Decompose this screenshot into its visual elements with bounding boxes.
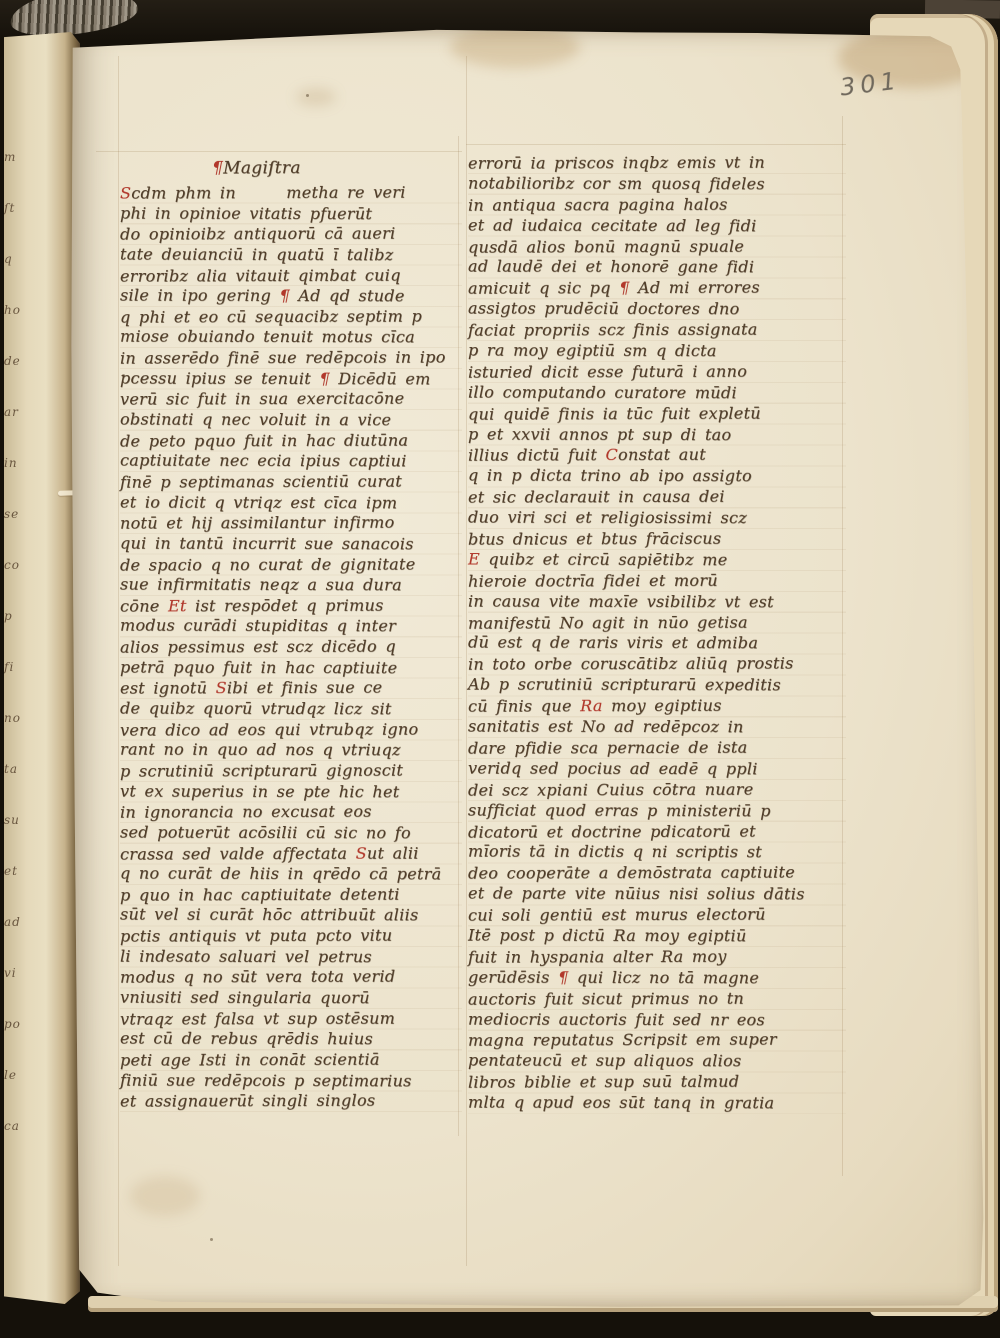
manuscript-line: auctoris fuit sicut primus no tn <box>468 988 846 1010</box>
manuscript-line: sue infirmitatis neqz a sua dura <box>120 575 462 597</box>
manuscript-line: illo computando curatore mūdi <box>468 382 846 404</box>
rubric-mark: E <box>468 549 480 568</box>
edge-text-fragment: fi <box>4 660 38 711</box>
manuscript-line: dū est q de raris viris et admiba <box>468 633 846 655</box>
manuscript-line: et io dicit q vtriqz est cīca ipm <box>120 492 462 514</box>
manuscript-line: libros biblie et sup suū talmud <box>468 1072 846 1094</box>
rubric-mark: S <box>216 679 227 698</box>
manuscript-line: ad laudē dei et honorē gane fidi <box>468 257 846 279</box>
manuscript-line: sanitatis est No ad redēpcoz in <box>468 717 846 739</box>
manuscript-line: est ignotū Sibi et finis sue ce <box>120 678 462 700</box>
manuscript-line: crassa sed valde affectata Sut alii <box>120 843 462 865</box>
manuscript-line: alios pessimus est scz dicēdo q <box>120 636 462 658</box>
manuscript-line: finiū sue redēpcois p septimarius <box>120 1070 462 1092</box>
manuscript-line: vera dico ad eos qui vtrubqz igno <box>120 719 462 741</box>
manuscript-line: isturied dicit esse futurā i anno <box>468 361 846 383</box>
edge-text-fragment: ſt <box>4 201 38 252</box>
manuscript-line: hieroie doctrīa fidei et morū <box>468 570 846 592</box>
manuscript-line: mediocris auctoris fuit sed nr eos <box>468 1009 846 1031</box>
manuscript-line: p quo in hac captiuitate detenti <box>120 884 462 906</box>
manuscript-line: veridq sed pocius ad eadē q ppli <box>468 758 846 780</box>
edge-text-fragment: m <box>4 150 38 201</box>
manuscript-line: deo cooperāte a demōstrata captiuite <box>468 863 846 885</box>
ruling-line-horizontal <box>96 151 462 152</box>
manuscript-line: amicuit q sic pq ¶ Ad mi errores <box>468 278 846 300</box>
manuscript-line: dare pfidie sca pernacie de ista <box>468 737 846 759</box>
rubric-mark: ¶ <box>558 967 569 986</box>
facing-page-text-fragments: mſtqhodearinsecopfinotasuetadvipoleca <box>4 150 38 1200</box>
manuscript-line: in asserēdo finē sue redēpcois in ipo <box>120 348 462 370</box>
manuscript-line: sūt vel si curāt hōc attribuūt aliis <box>120 905 462 927</box>
manuscript-line: sufficiat quod erras p ministeriū p <box>468 800 846 822</box>
facing-page-edge: mſtqhodearinsecopfinotasuetadvipoleca <box>4 32 80 1304</box>
manuscript-line: in antiqua sacra pagina halos <box>468 194 846 216</box>
manuscript-line: errorū ia priscos inqbz emis vt in <box>468 152 846 174</box>
edge-text-fragment: de <box>4 354 38 405</box>
manuscript-line: pcessu ipius se tenuit ¶ Dicēdū em <box>120 368 462 390</box>
manuscript-line: q phi et eo cū sequacibz septim p <box>120 306 462 328</box>
manuscript-line: Ab p scrutiniū scripturarū expeditis <box>468 675 846 697</box>
manuscript-line: qusdā alios bonū magnū spuale <box>468 236 846 258</box>
manuscript-line: pentateucū et sup aliquos alios <box>468 1051 846 1073</box>
manuscript-line: et ad iudaica cecitate ad leg fidi <box>468 215 846 237</box>
stain <box>450 26 580 68</box>
manuscript-line: de spacio q no curat de gignitate <box>120 554 462 576</box>
edge-text-fragment: ta <box>4 762 38 813</box>
manuscript-line: de quibz quorū vtrudqz licz sit <box>120 699 462 721</box>
manuscript-line: dicatorū et doctrine pdicatorū et <box>468 821 846 843</box>
manuscript-line: illius dictū fuit Constat aut <box>468 445 846 467</box>
manuscript-line: peti age Isti in conāt scientiā <box>120 1049 462 1071</box>
right-text-column: errorū ia priscos inqbz emis vt innotabi… <box>468 153 846 1114</box>
photo-backdrop: { "page": { "folio_number": "301", "head… <box>0 0 1000 1338</box>
manuscript-line: vt ex superius in se pte hic het <box>120 781 462 803</box>
edge-text-fragment: q <box>4 252 38 303</box>
manuscript-line: assigtos prudēciū doctores dno <box>468 299 846 321</box>
manuscript-line: vtraqz est falsa vt sup ostēsum <box>120 1008 462 1030</box>
edge-text-fragment: no <box>4 711 38 762</box>
rubric-mark: ¶ <box>279 286 290 305</box>
manuscript-line: obstinati q nec voluit in a vice <box>120 410 462 432</box>
stain <box>296 88 336 106</box>
manuscript-line: qui in tantū incurrit sue sanacois <box>120 533 462 555</box>
stain <box>130 1176 200 1216</box>
manuscript-line: et de parte vite nūius nisi solius dātis <box>468 884 846 906</box>
edge-text-fragment: su <box>4 813 38 864</box>
manuscript-line: rant no in quo ad nos q vtriuqz <box>120 740 462 762</box>
folio-number: 301 <box>839 66 903 101</box>
edge-text-fragment: in <box>4 456 38 507</box>
manuscript-line: erroribz alia vitauit qimbat cuiq <box>120 265 462 287</box>
manuscript-line: cui soli gentiū est murus electorū <box>468 904 846 926</box>
manuscript-line: et sic declarauit in causa dei <box>468 487 846 509</box>
manuscript-line: p et xxvii annos pt sup di tao <box>468 424 846 446</box>
manuscript-line: E quibz et circū sapiētibz me <box>468 549 846 571</box>
manuscript-line: dei scz xpiani Cuius cōtra nuare <box>468 779 846 801</box>
manuscript-page: 301 ¶Magiſtra Scdm phm in metha re verip… <box>70 26 986 1308</box>
rubric-mark: S <box>120 184 131 203</box>
manuscript-line: in ignorancia no excusat eos <box>120 802 462 824</box>
manuscript-line: de peto pquo fuit in hac diutūna <box>120 430 462 452</box>
rubric-mark: C <box>605 446 618 465</box>
ruling-line-vertical <box>118 56 119 1266</box>
rubric-mark: ¶ <box>319 369 330 388</box>
manuscript-line: verū sic fuit in sua exercitacōne <box>120 389 462 411</box>
manuscript-line: notabilioribz cor sm quosq fideles <box>468 173 846 195</box>
edge-text-fragment: et <box>4 864 38 915</box>
manuscript-line: faciat propriis scz finis assignata <box>468 319 846 341</box>
rubric-mark: ¶ <box>212 158 223 178</box>
edge-text-fragment: vi <box>4 966 38 1017</box>
manuscript-line: manifestū No agit in nūo getisa <box>468 612 846 634</box>
manuscript-line: sile in ipo gering ¶ Ad qd stude <box>120 286 462 308</box>
edge-text-fragment: ar <box>4 405 38 456</box>
manuscript-line: vniusiti sed singularia quorū <box>120 988 462 1010</box>
rubric-mark: Ra <box>580 696 603 715</box>
manuscript-line: modus q no sūt vera tota verid <box>120 967 462 989</box>
ruling-line-vertical <box>466 56 467 1266</box>
manuscript-line: in toto orbe coruscātibz aliūq prostis <box>468 654 846 676</box>
ruling-line-horizontal <box>466 144 846 145</box>
manuscript-line: est cū de rebus qrēdis huius <box>120 1029 462 1051</box>
manuscript-line: btus dnicus et btus frāciscus <box>468 528 846 550</box>
manuscript-line: ¶Magiſtra <box>212 158 462 179</box>
manuscript-line: q no curāt de hiis in qrēdo cā petrā <box>120 864 462 886</box>
manuscript-line: p scrutiniū scripturarū gignoscit <box>120 760 462 782</box>
manuscript-line: sed potuerūt acōsilii cū sic no fo <box>120 822 462 844</box>
edge-text-fragment: ho <box>4 303 38 354</box>
manuscript-line: p ra moy egiptiū sm q dicta <box>468 341 846 363</box>
manuscript-line: phi in opinioe vitatis pfuerūt <box>120 203 462 225</box>
manuscript-line: magna reputatus Scripsit em super <box>468 1030 846 1052</box>
edge-text-fragment: ad <box>4 915 38 966</box>
manuscript-line: duo viri sci et religiosissimi scz <box>468 508 846 530</box>
manuscript-line: notū et hij assimilantur infirmo <box>120 513 462 535</box>
manuscript-line: q in p dicta trino ab ipo assigto <box>468 466 846 488</box>
left-text-column: Scdm phm in metha re veriphi in opinioe … <box>120 183 462 1112</box>
speck <box>306 94 309 97</box>
manuscript-line: mīoris tā in dictis q ni scriptis st <box>468 842 846 864</box>
edge-text-fragment: p <box>4 609 38 660</box>
manuscript-line: petrā pquo fuit in hac captiuite <box>120 657 462 679</box>
manuscript-line: in causa vite maxīe vsibilibz vt est <box>468 591 846 613</box>
edge-text-fragment: co <box>4 558 38 609</box>
manuscript-line: Itē post p dictū Ra moy egiptiū <box>468 925 846 947</box>
manuscript-line: cū finis que Ra moy egiptius <box>468 695 846 717</box>
rubric-mark: S <box>356 843 367 862</box>
manuscript-line: finē p septimanas scientiū curat <box>120 471 462 493</box>
manuscript-line: gerūdēsis ¶ qui licz no tā magne <box>468 967 846 989</box>
speck <box>210 1238 213 1241</box>
manuscript-line: do opinioibz antiquorū cā aueri <box>120 224 462 246</box>
edge-text-fragment: se <box>4 507 38 558</box>
rubric-mark: Et <box>168 596 187 615</box>
manuscript-line: fuit in hyspania alter Ra moy <box>468 946 846 968</box>
manuscript-line: pctis antiquis vt puta pcto vitu <box>120 925 462 947</box>
edge-text-fragment: le <box>4 1068 38 1119</box>
edge-text-fragment: ca <box>4 1119 38 1170</box>
manuscript-line: et assignauerūt singli singlos <box>120 1091 462 1113</box>
manuscript-line: modus curādi stupiditas q inter <box>120 616 462 638</box>
manuscript-line: captiuitate nec ecia ipius captiui <box>120 451 462 473</box>
running-header: ¶Magiſtra <box>212 158 462 178</box>
manuscript-line: Scdm phm in metha re veri <box>120 182 462 204</box>
edge-text-fragment: po <box>4 1017 38 1068</box>
rubric-mark: ¶ <box>619 278 630 297</box>
manuscript-line: miose obuiando tenuit motus cīca <box>120 327 462 349</box>
manuscript-line: tate deuianciū in quatū ī talibz <box>120 244 462 266</box>
manuscript-line: mlta q apud eos sūt tanq in gratia <box>468 1093 846 1115</box>
manuscript-line: qui quidē finis ia tūc fuit expletū <box>468 403 846 425</box>
manuscript-line: cōne Et ist respōdet q primus <box>120 595 462 617</box>
manuscript-line: li indesato saluari vel petrus <box>120 946 462 968</box>
